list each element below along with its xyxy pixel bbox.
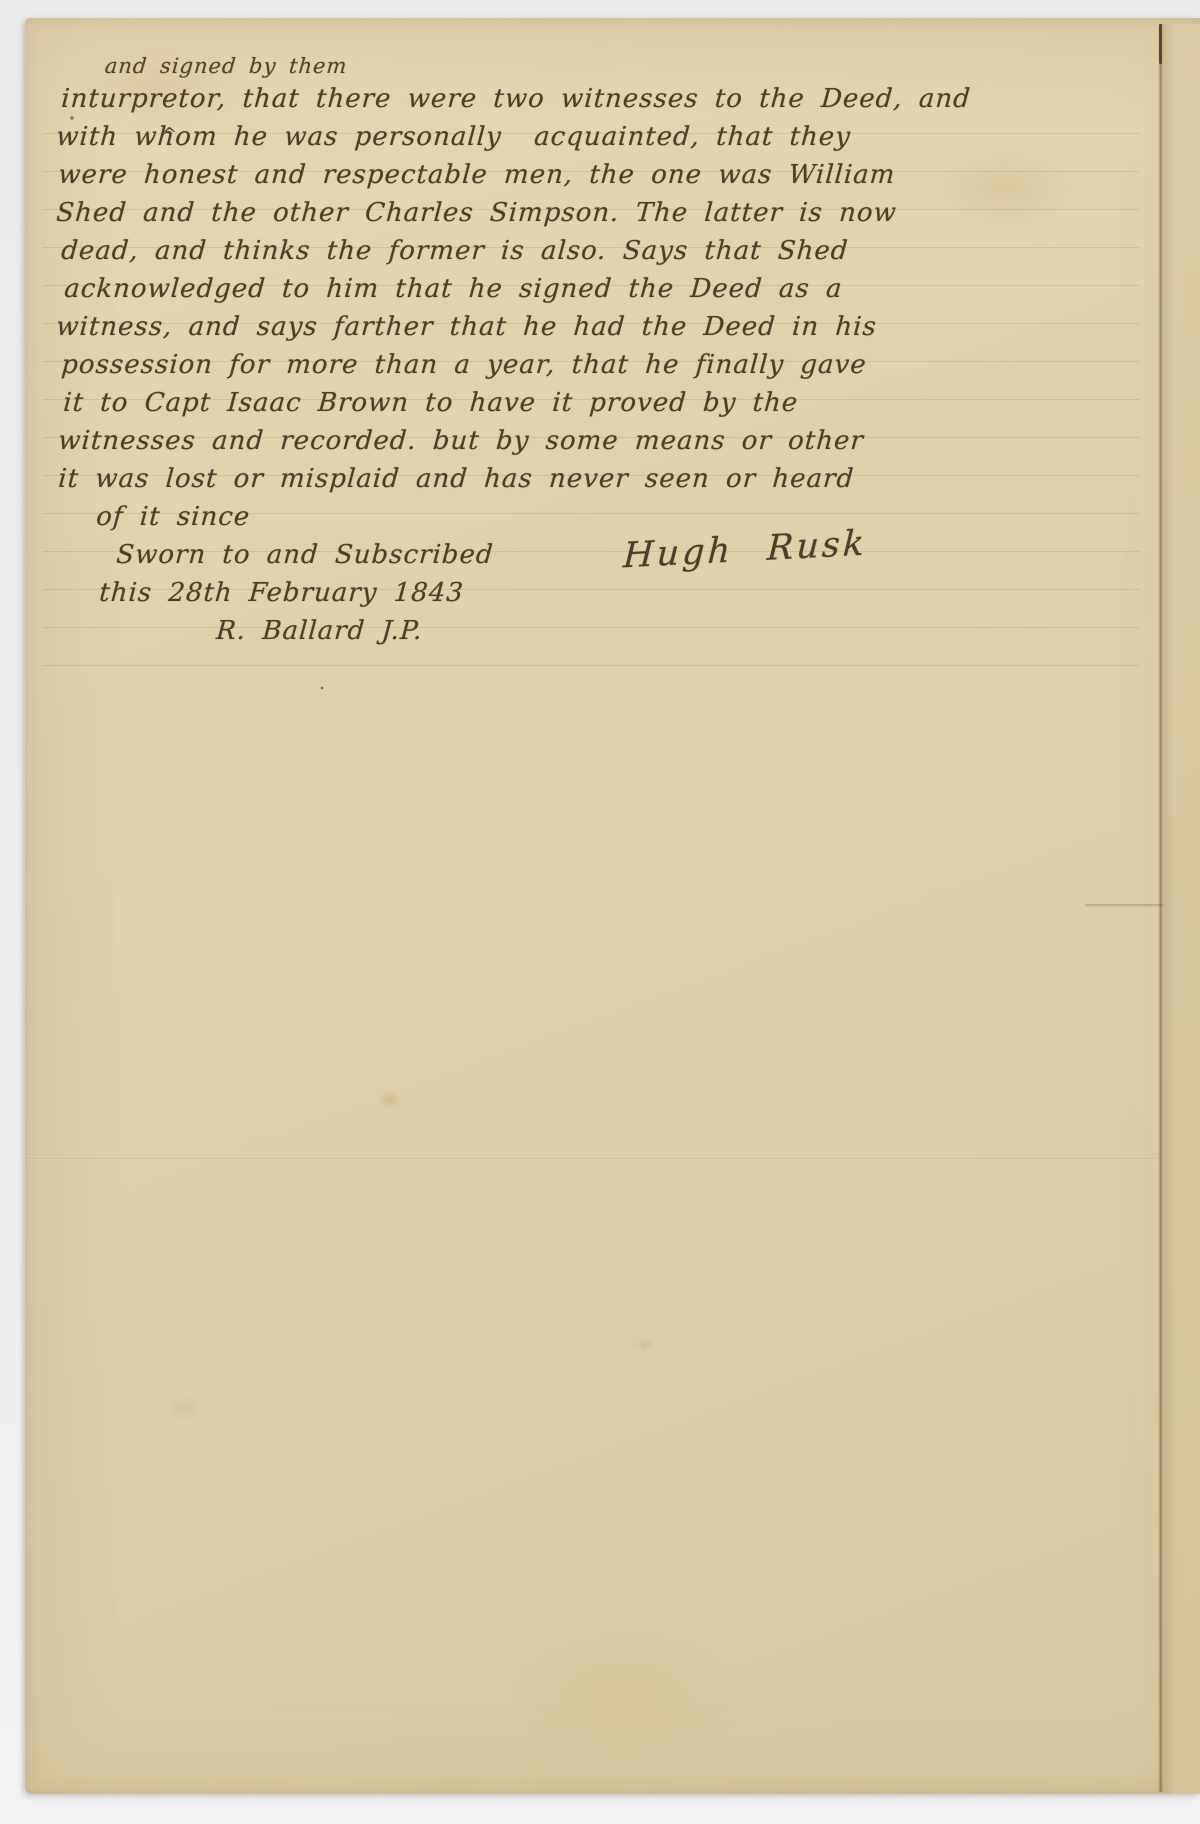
scan-background: and signed by them ^ inturpretor, that t… (0, 0, 1200, 1824)
handwritten-line: were honest and respectable men, the one… (25, 156, 1173, 194)
handwritten-line: dead, and thinks the former is also. Say… (25, 232, 1173, 270)
handwritten-line: with whom he was personally acquainted, … (25, 118, 1173, 156)
fold-crease-horizontal (25, 1158, 1200, 1160)
handwritten-line: Shed and the other Charles Simpson. The … (25, 194, 1173, 232)
handwritten-line: it was lost or misplaid and has never se… (25, 460, 1173, 498)
document-page: and signed by them ^ inturpretor, that t… (25, 18, 1200, 1794)
handwritten-line: Sworn to and Subscribed (25, 536, 1173, 574)
inserted-interlineation: and signed by them (104, 54, 349, 78)
handwritten-line: of it since (25, 498, 1173, 536)
handwritten-line: R. Ballard J.P. (25, 612, 1173, 650)
fold-crease-right (1085, 904, 1200, 907)
handwritten-line: acknowledged to him that he signed the D… (25, 270, 1173, 308)
handwritten-line: witness, and says farther that he had th… (25, 308, 1173, 346)
handwritten-line: possession for more than a year, that he… (25, 346, 1173, 384)
handwritten-line: this 28th February 1843 (25, 574, 1173, 612)
handwritten-line: witnesses and recorded. but by some mean… (25, 422, 1173, 460)
handwritten-line: it to Capt Isaac Brown to have it proved… (25, 384, 1173, 422)
handwritten-line: inturpretor, that there were two witness… (25, 80, 1173, 118)
text-lines: inturpretor, that there were two witness… (25, 80, 1170, 650)
